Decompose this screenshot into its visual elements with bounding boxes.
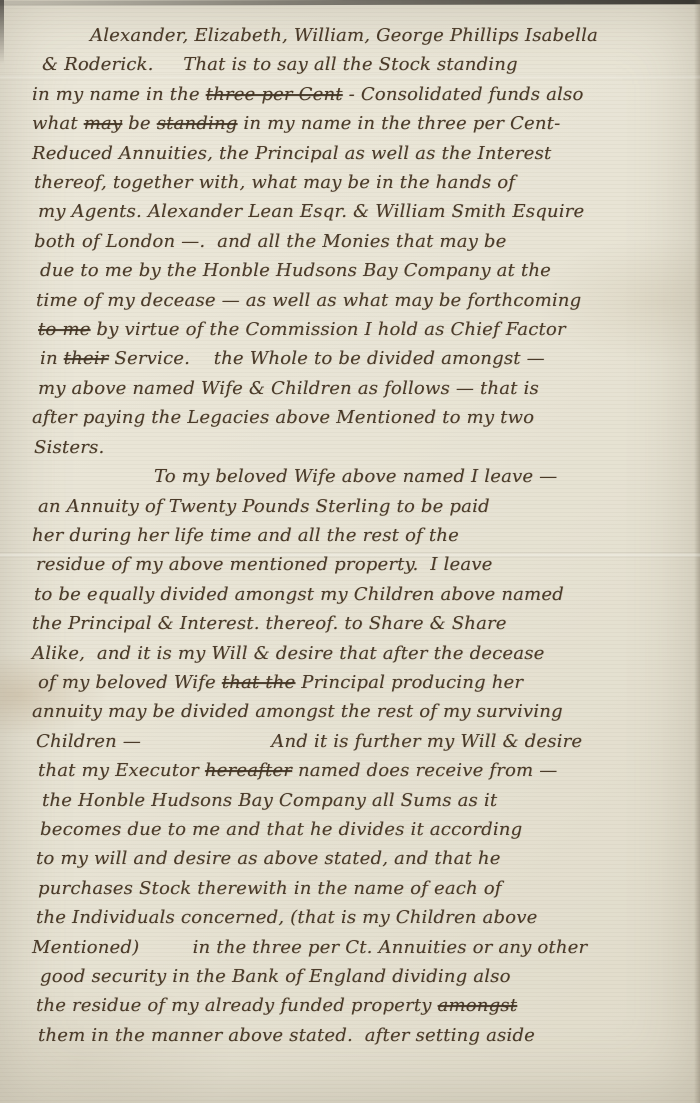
- manuscript-line: the Individuals concerned, (that is my C…: [32, 903, 688, 932]
- scan-edge-left: [0, 0, 4, 64]
- manuscript-line: that my Executor hereafter named does re…: [32, 756, 688, 785]
- manuscript-line: in my name in the three per Cent - Conso…: [32, 80, 688, 109]
- manuscript-line: Alexander, Elizabeth, William, George Ph…: [32, 21, 688, 50]
- manuscript-line: To my beloved Wife above named I leave —: [32, 462, 688, 491]
- manuscript-line: the Honble Hudsons Bay Company all Sums …: [32, 786, 688, 815]
- manuscript-line: time of my decease — as well as what may…: [32, 286, 688, 315]
- manuscript-line: the residue of my already funded propert…: [32, 991, 688, 1020]
- manuscript-line: to me by virtue of the Commission I hold…: [32, 315, 688, 344]
- manuscript-line: my above named Wife & Children as follow…: [32, 374, 688, 403]
- manuscript-text: Alexander, Elizabeth, William, George Ph…: [32, 21, 688, 1050]
- manuscript-line: an Annuity of Twenty Pounds Sterling to …: [32, 492, 688, 521]
- manuscript-line: Reduced Annuities, the Principal as well…: [32, 139, 688, 168]
- manuscript-line: due to me by the Honble Hudsons Bay Comp…: [32, 256, 688, 285]
- manuscript-line: thereof, together with, what may be in t…: [32, 168, 688, 197]
- manuscript-line: purchases Stock therewith in the name of…: [32, 874, 688, 903]
- manuscript-line: both of London —. and all the Monies tha…: [32, 227, 688, 256]
- manuscript-line: residue of my above mentioned property. …: [32, 550, 688, 579]
- scan-edge-top: [0, 0, 700, 6]
- manuscript-line: her during her life time and all the res…: [32, 521, 688, 550]
- manuscript-line: them in the manner above stated. after s…: [32, 1021, 688, 1050]
- manuscript-line: & Roderick. That is to say all the Stock…: [32, 50, 688, 79]
- manuscript-line: good security in the Bank of England div…: [32, 962, 688, 991]
- manuscript-line: Mentioned) in the three per Ct. Annuitie…: [32, 933, 688, 962]
- manuscript-line: my Agents. Alexander Lean Esqr. & Willia…: [32, 197, 688, 226]
- manuscript-page: Alexander, Elizabeth, William, George Ph…: [0, 0, 700, 1103]
- manuscript-line: to be equally divided amongst my Childre…: [32, 580, 688, 609]
- manuscript-line: to my will and desire as above stated, a…: [32, 844, 688, 873]
- manuscript-line: Sisters.: [32, 433, 688, 462]
- manuscript-line: of my beloved Wife that the Principal pr…: [32, 668, 688, 697]
- manuscript-line: Children — And it is further my Will & d…: [32, 727, 688, 756]
- manuscript-line: after paying the Legacies above Mentione…: [32, 403, 688, 432]
- manuscript-line: the Principal & Interest. thereof. to Sh…: [32, 609, 688, 638]
- manuscript-line: becomes due to me and that he divides it…: [32, 815, 688, 844]
- manuscript-line: Alike, and it is my Will & desire that a…: [32, 639, 688, 668]
- manuscript-line: annuity may be divided amongst the rest …: [32, 697, 688, 726]
- manuscript-line: what may be standing in my name in the t…: [32, 109, 688, 138]
- manuscript-line: in their Service. the Whole to be divide…: [32, 344, 688, 373]
